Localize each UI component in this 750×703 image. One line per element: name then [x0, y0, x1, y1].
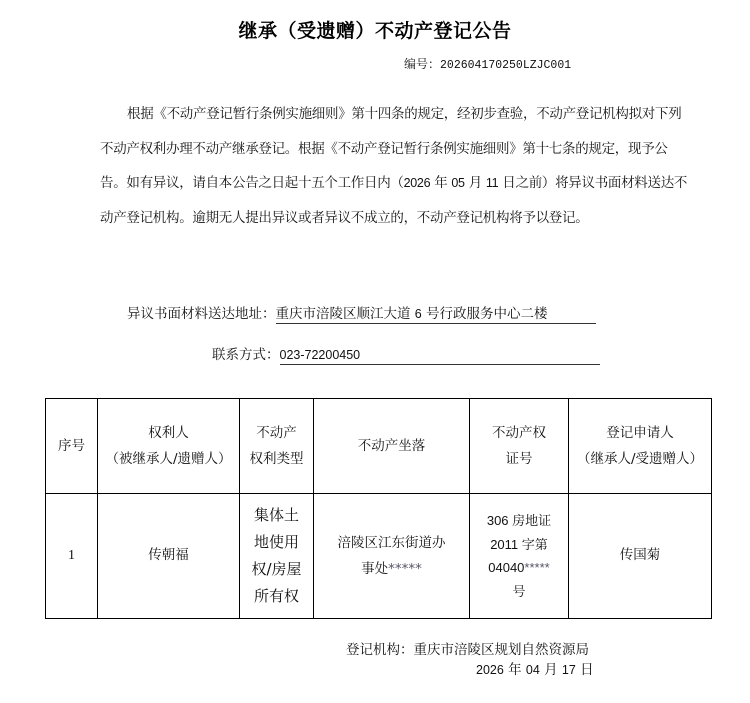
objection-address-value: 重庆市涪陵区顺江大道 6 号行政服务中心二楼 — [276, 305, 596, 324]
cell-holder: 传朝福 — [98, 494, 240, 619]
header-right-type-line2: 权利类型 — [250, 451, 304, 467]
header-seq: 序号 — [46, 399, 98, 494]
location-line2: 事处 — [361, 561, 388, 577]
location-line1: 涪陵区江东街道办 — [338, 535, 446, 551]
header-right-type-line1: 不动产 — [256, 425, 297, 441]
cert-line: 2011 字第 — [490, 537, 548, 552]
contact-phone-value: 023-72200450 — [280, 346, 600, 365]
document-number: 编号：202604170250LZJC001 — [404, 56, 571, 74]
registration-authority: 登记机构：重庆市涪陵区规划自然资源局 — [346, 641, 589, 659]
deadline-year-unit: 年 — [430, 175, 451, 191]
cell-seq: 1 — [46, 494, 98, 619]
header-location: 不动产坐落 — [314, 399, 470, 494]
notice-body: 根据《不动产登记暂行条例实施细则》第十四条的规定，经初步查验，不动产登记机构拟对… — [100, 97, 690, 235]
cell-certificate: 306 房地证2011 字第04040*****号 — [470, 494, 569, 619]
objection-address-row: 异议书面材料送达地址：重庆市涪陵区顺江大道 6 号行政服务中心二楼 — [127, 305, 596, 324]
right-type-line: 集体土 — [254, 506, 299, 524]
header-certificate: 不动产权证号 — [470, 399, 569, 494]
cell-applicant: 传国菊 — [569, 494, 712, 619]
address-number: 6 — [415, 307, 422, 321]
property-table: 序号 权利人（被继承人/遗赠人） 不动产权利类型 不动产坐落 不动产权证号 登记… — [45, 398, 712, 619]
cell-right-type: 集体土地使用权/房屋所有权 — [240, 494, 314, 619]
notice-date: 2026 年 04 月 17 日 — [476, 661, 594, 679]
contact-phone-label: 联系方式： — [212, 346, 280, 364]
header-right-type: 不动产权利类型 — [240, 399, 314, 494]
registration-authority-label: 登记机构： — [346, 642, 414, 658]
header-holder-line2: （被继承人/遗赠人） — [105, 451, 231, 467]
cert-line: 号 — [512, 584, 525, 599]
contact-phone-row: 联系方式：023-72200450 — [212, 346, 600, 365]
cert-line: 04040 — [488, 560, 524, 575]
header-applicant: 登记申请人（继承人/受遗赠人） — [569, 399, 712, 494]
header-applicant-line2: （继承人/受遗赠人） — [577, 451, 703, 467]
date-year: 2026 — [476, 663, 504, 677]
header-certificate-line1: 不动产权 — [492, 425, 546, 441]
page-title: 继承（受遗赠）不动产登记公告 — [0, 16, 750, 46]
document-number-label: 编号： — [404, 57, 440, 71]
objection-address-label: 异议书面材料送达地址： — [127, 305, 276, 323]
date-month-unit: 月 — [540, 662, 562, 678]
address-part1: 重庆市涪陵区顺江大道 — [276, 306, 415, 322]
date-year-unit: 年 — [504, 662, 526, 678]
deadline-month-unit: 月 — [465, 175, 486, 191]
cert-line: 306 房地证 — [487, 513, 551, 528]
right-type-line: 地使用 — [254, 533, 299, 551]
date-day: 17 — [562, 663, 576, 677]
cell-location: 涪陵区江东街道办事处***** — [314, 494, 470, 619]
date-month: 04 — [526, 663, 540, 677]
header-applicant-line1: 登记申请人 — [606, 425, 674, 441]
registration-authority-value: 重庆市涪陵区规划自然资源局 — [414, 642, 590, 658]
deadline-month: 05 — [451, 176, 464, 190]
right-type-line: 所有权 — [254, 587, 299, 605]
header-certificate-line2: 证号 — [506, 451, 533, 467]
table-header-row: 序号 权利人（被继承人/遗赠人） 不动产权利类型 不动产坐落 不动产权证号 登记… — [46, 399, 712, 494]
header-seq-label: 序号 — [58, 438, 85, 454]
right-type-line: 权/房屋 — [251, 560, 301, 578]
address-part2: 号行政服务中心二楼 — [422, 306, 548, 322]
table-row: 1 传朝福 集体土地使用权/房屋所有权 涪陵区江东街道办事处***** 306 … — [46, 494, 712, 619]
document-number-value: 202604170250LZJC001 — [440, 59, 571, 72]
deadline-day: 11 — [486, 176, 498, 190]
header-holder: 权利人（被继承人/遗赠人） — [98, 399, 240, 494]
date-day-unit: 日 — [576, 662, 594, 678]
header-holder-line1: 权利人 — [148, 425, 189, 441]
header-location-label: 不动产坐落 — [358, 438, 426, 454]
deadline-year: 2026 — [404, 176, 431, 190]
cert-mask: ***** — [524, 560, 549, 575]
location-mask: ***** — [388, 561, 422, 577]
